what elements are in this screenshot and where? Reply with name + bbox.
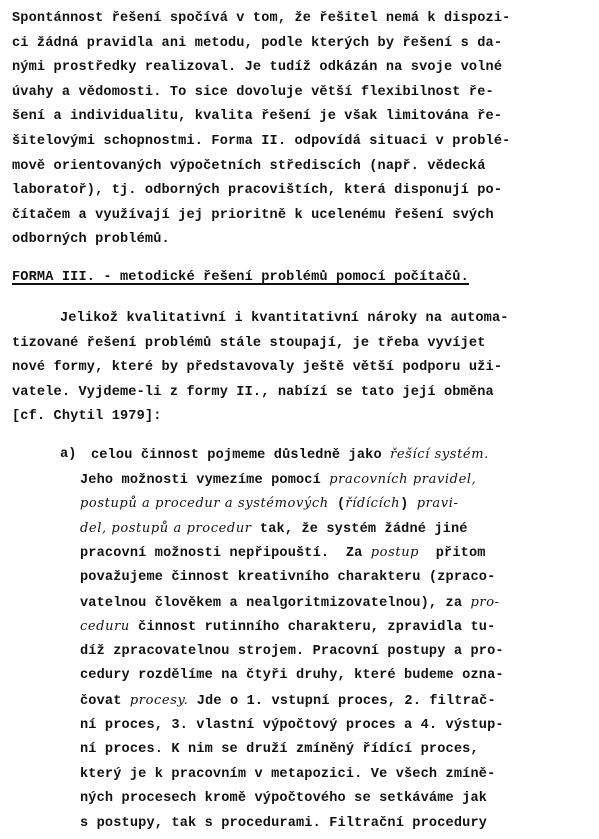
emphasized-term: pracovních pravidel,	[329, 472, 476, 487]
text-line: ceduru činnost rutinního charakteru, zpr…	[80, 619, 495, 635]
text-run: s postupy, tak s procedurami. Filtrační …	[80, 816, 487, 831]
text-line: tizované řešení problémů stále stoupají,…	[12, 336, 486, 352]
text-line: šení a individualitu, kvalita řešení je …	[12, 109, 502, 125]
text-line: Spontánnost řešení spočívá v tom, že řeš…	[12, 11, 510, 27]
text-line: mově orientovaných výpočetních střediscí…	[12, 159, 486, 175]
text-line: celou činnost pojmeme důsledně jako řeší…	[91, 447, 489, 463]
text-run: tak, že systém žádné jiné	[252, 522, 468, 537]
text-line: šitelovými schopnostmi. Forma II. odpoví…	[12, 134, 510, 150]
emphasized-term: postup	[371, 545, 419, 560]
text-line: nými prostředky realizoval. Je tudíž odk…	[12, 60, 502, 76]
emphasized-term: procesy.	[130, 693, 189, 708]
list-marker: a)	[60, 447, 77, 463]
text-line: ní proces, 3. vlastní výpočtový proces a…	[80, 718, 504, 734]
text-run: cedury rozdělíme na čtyři druhy, které b…	[80, 668, 504, 683]
emphasized-term: ceduru	[80, 619, 130, 634]
text-line: del, postupů a procedur tak, že systém ž…	[80, 521, 468, 537]
emphasized-term: postupů a procedur a systémových	[80, 496, 329, 511]
text-line: nové formy, které by představovaly ještě…	[12, 360, 502, 376]
text-line: čítačem a využívají jej prioritně k ucel…	[12, 208, 494, 224]
text-line: díž zpracovatelnou strojem. Pracovní pos…	[80, 644, 504, 660]
text-line: s postupy, tak s procedurami. Filtrační …	[80, 816, 487, 832]
text-run: považujeme činnost kreativního charakter…	[80, 570, 495, 585]
text-run: díž zpracovatelnou strojem. Pracovní pos…	[80, 644, 504, 659]
text-line: ci žádná pravidla ani metodu, podle kter…	[12, 36, 502, 52]
emphasized-term: pro-	[470, 595, 499, 610]
text-line: ných procesech kromě výpočtového se setk…	[80, 791, 487, 807]
text-line: Jeho možnosti vymezíme pomocí pracovních…	[80, 472, 476, 488]
text-line: který je k pracovním v metapozici. Ve vš…	[80, 767, 495, 783]
emphasized-term: del, postupů a procedur	[80, 521, 252, 536]
text-line: čovat procesy. Jde o 1. vstupní proces, …	[80, 693, 496, 709]
text-line: vatele. Vyjdeme-li z formy II., nabízí s…	[12, 385, 494, 401]
text-run: ní proces, 3. vlastní výpočtový proces a…	[80, 718, 504, 733]
text-run: ných procesech kromě výpočtového se setk…	[80, 791, 487, 806]
text-line: [cf. Chytil 1979]:	[12, 409, 162, 425]
text-line: vatelnou člověkem a nealgoritmizovatelno…	[80, 595, 500, 611]
section-heading-forma-iii: FORMA III. - metodické řešení problémů p…	[12, 270, 469, 286]
text-line: postupů a procedur a systémových (řídící…	[80, 496, 458, 512]
emphasized-term: řídících	[345, 496, 400, 511]
emphasized-term: pravi-	[417, 496, 459, 511]
text-run: Jde o 1. vstupní proces, 2. filtrač-	[188, 694, 495, 709]
text-line: ní proces. K nim se druží zmíněný řídící…	[80, 742, 479, 758]
text-line: laboratoř), tj. odborných pracovištích, …	[12, 183, 502, 199]
text-line: pracovní možnosti nepřipouští. Za postup…	[80, 545, 486, 561]
text-run: vatelnou člověkem a nealgoritmizovatelno…	[80, 596, 470, 611]
text-run: který je k pracovním v metapozici. Ve vš…	[80, 767, 495, 782]
text-run: Jeho možnosti vymezíme pomocí	[80, 473, 329, 488]
text-run: čovat	[80, 694, 130, 709]
text-run: pracovní možnosti nepřipouští. Za	[80, 546, 371, 561]
text-line: odborných problémů.	[12, 232, 170, 248]
text-line: Jelikož kvalitativní i kvantitativní nár…	[60, 311, 509, 327]
text-run: celou činnost pojmeme důsledně jako	[91, 448, 390, 463]
text-line: považujeme činnost kreativního charakter…	[80, 570, 495, 586]
text-run: )	[400, 497, 417, 512]
text-run: přitom	[419, 546, 485, 561]
text-line: cedury rozdělíme na čtyři druhy, které b…	[80, 668, 504, 684]
text-run: ní proces. K nim se druží zmíněný řídící…	[80, 742, 479, 757]
emphasized-term: řešící systém.	[390, 447, 489, 462]
text-run: (	[329, 497, 346, 512]
text-line: úvahy a vědomosti. To sice dovoluje větš…	[12, 85, 494, 101]
scanned-document-page: Spontánnost řešení spočívá v tom, že řeš…	[0, 0, 599, 839]
text-run: činnost rutinního charakteru, zpravidla …	[130, 620, 496, 635]
